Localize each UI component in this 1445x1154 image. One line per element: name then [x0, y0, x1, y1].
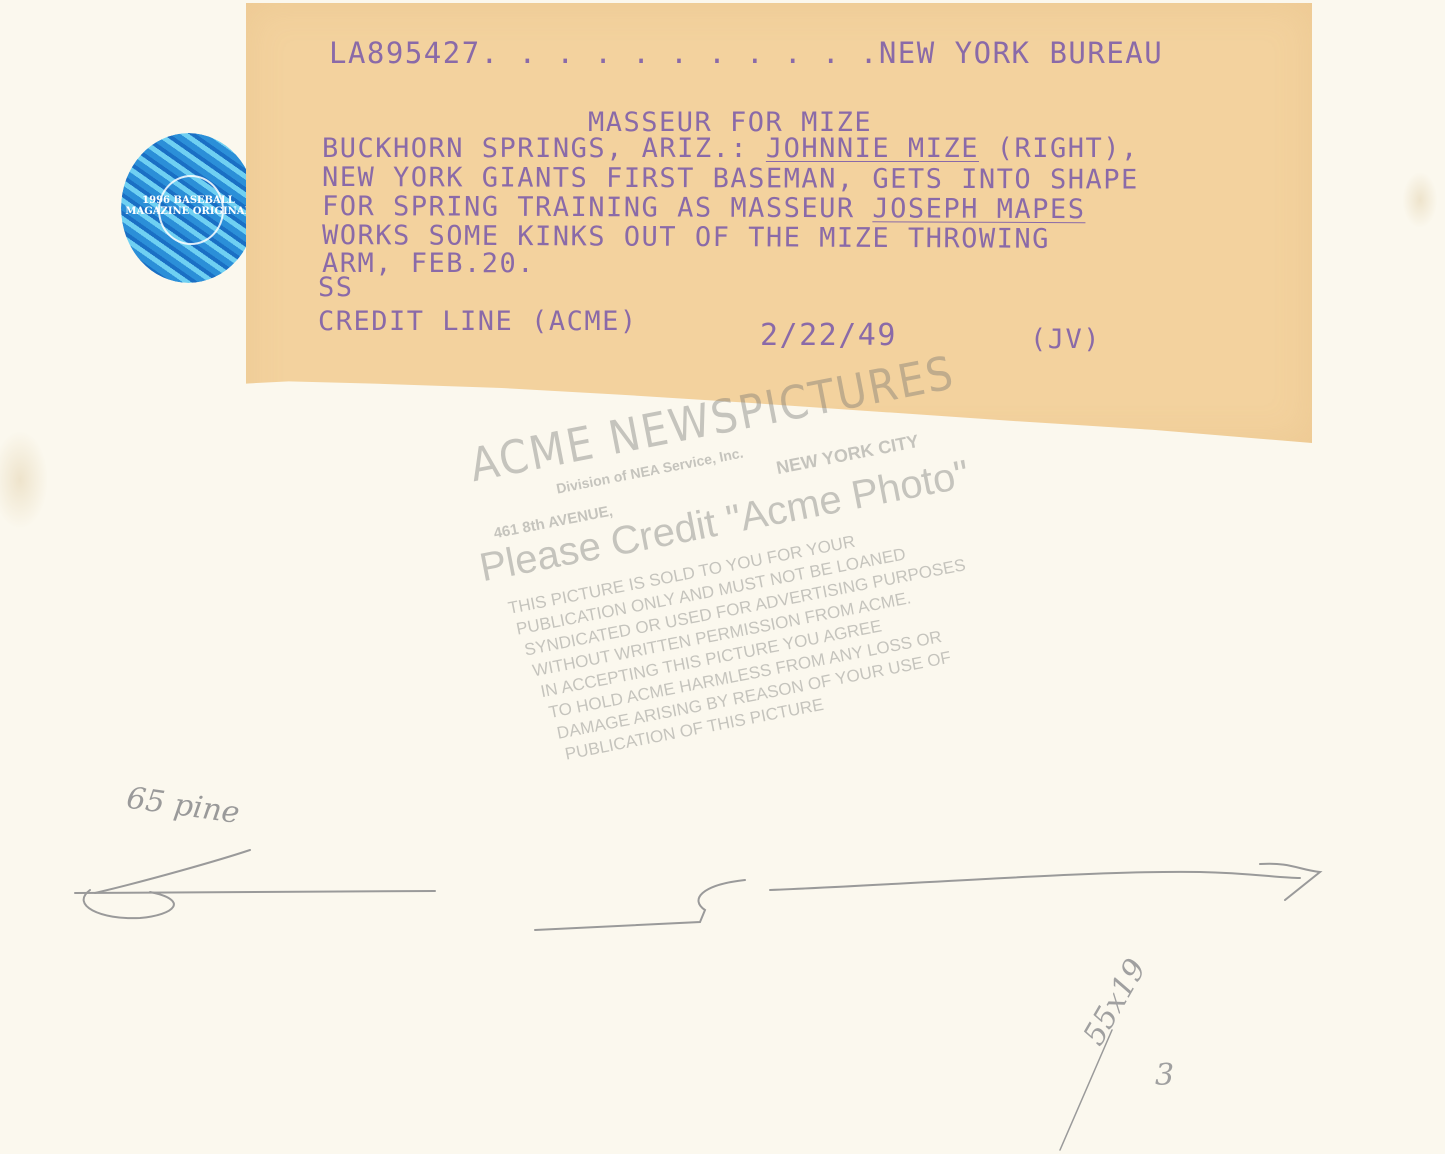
pencil-corner-note: 55x19 — [1077, 953, 1154, 1051]
pencil-marks: 65 pine 55x19 3 — [0, 0, 1445, 1154]
pencil-corner-fraction: 3 — [1155, 1058, 1174, 1093]
pencil-crop-note: 65 pine — [124, 781, 241, 831]
